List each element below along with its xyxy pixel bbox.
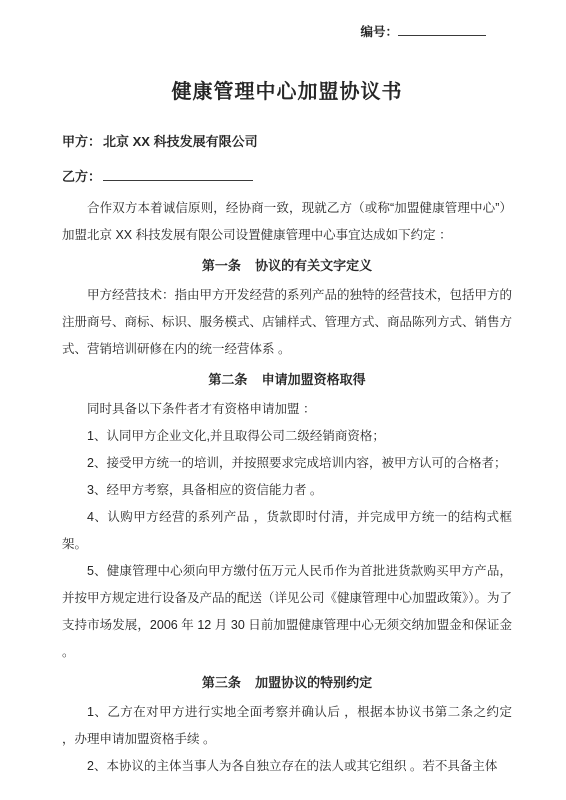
article-1-paragraph-1: 甲方经营技术：指由甲方开发经营的系列产品的独特的经营技术，包括甲方的注册商号、商…: [62, 282, 512, 363]
article-1-heading: 第一条协议的有关文字定义: [62, 252, 512, 279]
doc-number-line: 编号：: [62, 22, 486, 42]
article-3-heading: 第三条加盟协议的特别约定: [62, 669, 512, 696]
article-2-item-1: 1、认同甲方企业文化,并且取得公司二级经销商资格；: [62, 423, 512, 450]
party-b-label: 乙方：: [62, 169, 101, 184]
party-b-line: 乙方：: [62, 163, 512, 190]
article-2-item-5: 5、健康管理中心须向甲方缴付伍万元人民币作为首批进货款购买甲方产品，并按甲方规定…: [62, 558, 512, 666]
article-3-number: 第三条: [202, 675, 241, 690]
doc-number-label: 编号：: [360, 25, 398, 39]
article-1-number: 第一条: [202, 258, 241, 273]
article-2-heading: 第二条申请加盟资格取得: [62, 366, 512, 393]
document-title: 健康管理中心加盟协议书: [62, 78, 512, 106]
article-3-item-2: 2、本协议的主体当事人为各自独立存在的法人或其它组织 。若不具备主体: [62, 753, 512, 780]
intro-paragraph: 合作双方本着诚信原则，经协商一致，现就乙方（或称“加盟健康管理中心”）加盟北京 …: [62, 195, 512, 249]
article-2-item-2: 2、接受甲方统一的培训，并按照要求完成培训内容，被甲方认可的合格者；: [62, 450, 512, 477]
article-2-item-3: 3、经甲方考察，具备相应的资信能力者 。: [62, 477, 512, 504]
article-3-title: 加盟协议的特别约定: [255, 675, 372, 690]
article-2-title: 申请加盟资格取得: [262, 372, 366, 387]
article-2-intro: 同时具备以下条件者才有资格申请加盟 ：: [62, 396, 512, 423]
party-b-blank: [103, 168, 253, 181]
party-a-value: 北京 XX 科技发展有限公司: [103, 134, 258, 149]
document-page: 编号： 健康管理中心加盟协议书 甲方：北京 XX 科技发展有限公司 乙方： 合作…: [0, 0, 566, 800]
article-2-item-4: 4、认购甲方经营的系列产品 ，货款即时付清，并完成甲方统一的结构式框架。: [62, 504, 512, 558]
party-a-line: 甲方：北京 XX 科技发展有限公司: [62, 128, 512, 155]
party-a-label: 甲方：: [62, 134, 101, 149]
article-1-title: 协议的有关文字定义: [255, 258, 372, 273]
doc-number-blank: [398, 23, 486, 36]
article-2-number: 第二条: [208, 372, 247, 387]
article-3-item-1: 1、乙方在对甲方进行实地全面考察并确认后 ，根据本协议书第二条之约定 ，办理申请…: [62, 699, 512, 753]
